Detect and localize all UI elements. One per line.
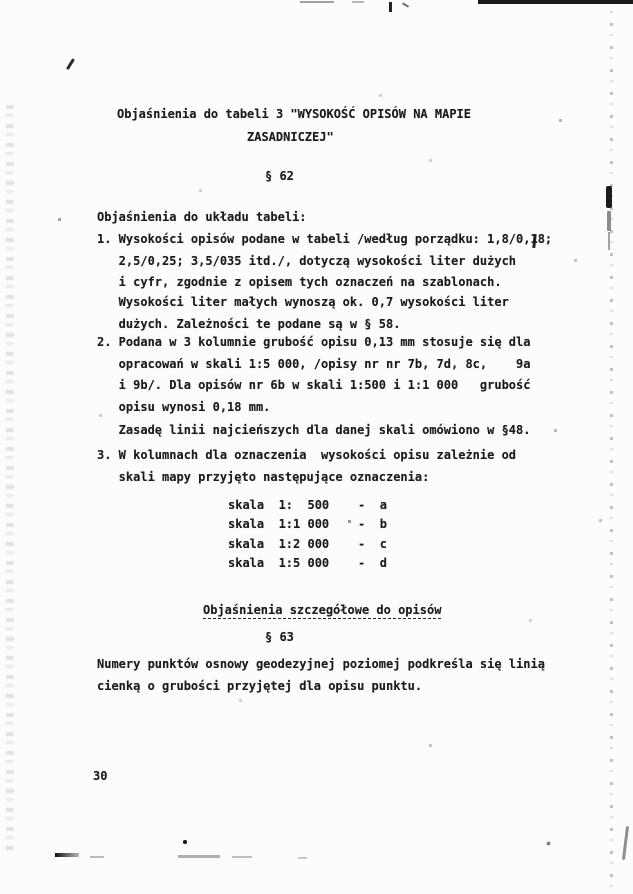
scan-mark [389,2,392,12]
scale-designation-list: skala 1: 500 - a skala 1:1 000 - b skala… [228,496,387,573]
ink-bleed-artifact [6,105,14,850]
scan-edge-artifact [298,857,307,859]
scan-edge-artifact [90,856,104,858]
scan-mark [402,2,409,7]
document-title-line1: Objaśnienia do tabeli 3 "WYSOKOŚĆ OPISÓW… [117,104,471,126]
section-heading-text: Objaśnienia szczegółowe do opisów [203,603,441,619]
scan-edge-artifact [606,186,612,208]
scan-edge-artifact [232,856,252,858]
section-63-body: Numery punktów osnowy geodezyjnej poziom… [97,654,545,697]
scan-edge-artifact [300,1,334,3]
scan-edge-artifact [610,0,613,894]
list-item-2-note: Zasadę linii najcieńszych dla danej skal… [97,420,530,442]
scan-edge-artifact [622,826,629,860]
scan-edge-artifact [178,855,220,858]
pen-tick-mark [66,58,74,70]
scan-mark [183,840,187,844]
paragraph-symbol-62: § 62 [265,166,294,188]
scan-noise [0,0,1,1]
list-item-1: 1. Wysokości opisów podane w tabeli /wed… [97,229,552,294]
section-heading-detailed-notes: Objaśnienia szczegółowe do opisów [203,600,441,622]
paragraph-symbol-63: § 63 [265,627,294,649]
list-item-2: 2. Podana w 3 kolumnie grubość opisu 0,1… [97,332,530,419]
scan-edge-artifact [352,1,364,3]
list-item-3: 3. W kolumnach dla oznaczenia wysokości … [97,445,516,488]
scan-edge-artifact [55,853,79,857]
document-title-line2: ZASADNICZEJ" [247,127,334,149]
scanned-document-page: Objaśnienia do tabeli 3 "WYSOKOŚĆ OPISÓW… [0,0,633,894]
list-item-1-note: Wysokości liter małych wynoszą ok. 0,7 w… [97,292,509,335]
table-layout-intro: Objaśnienia do układu tabeli: [97,207,307,229]
page-number: 30 [93,766,107,788]
